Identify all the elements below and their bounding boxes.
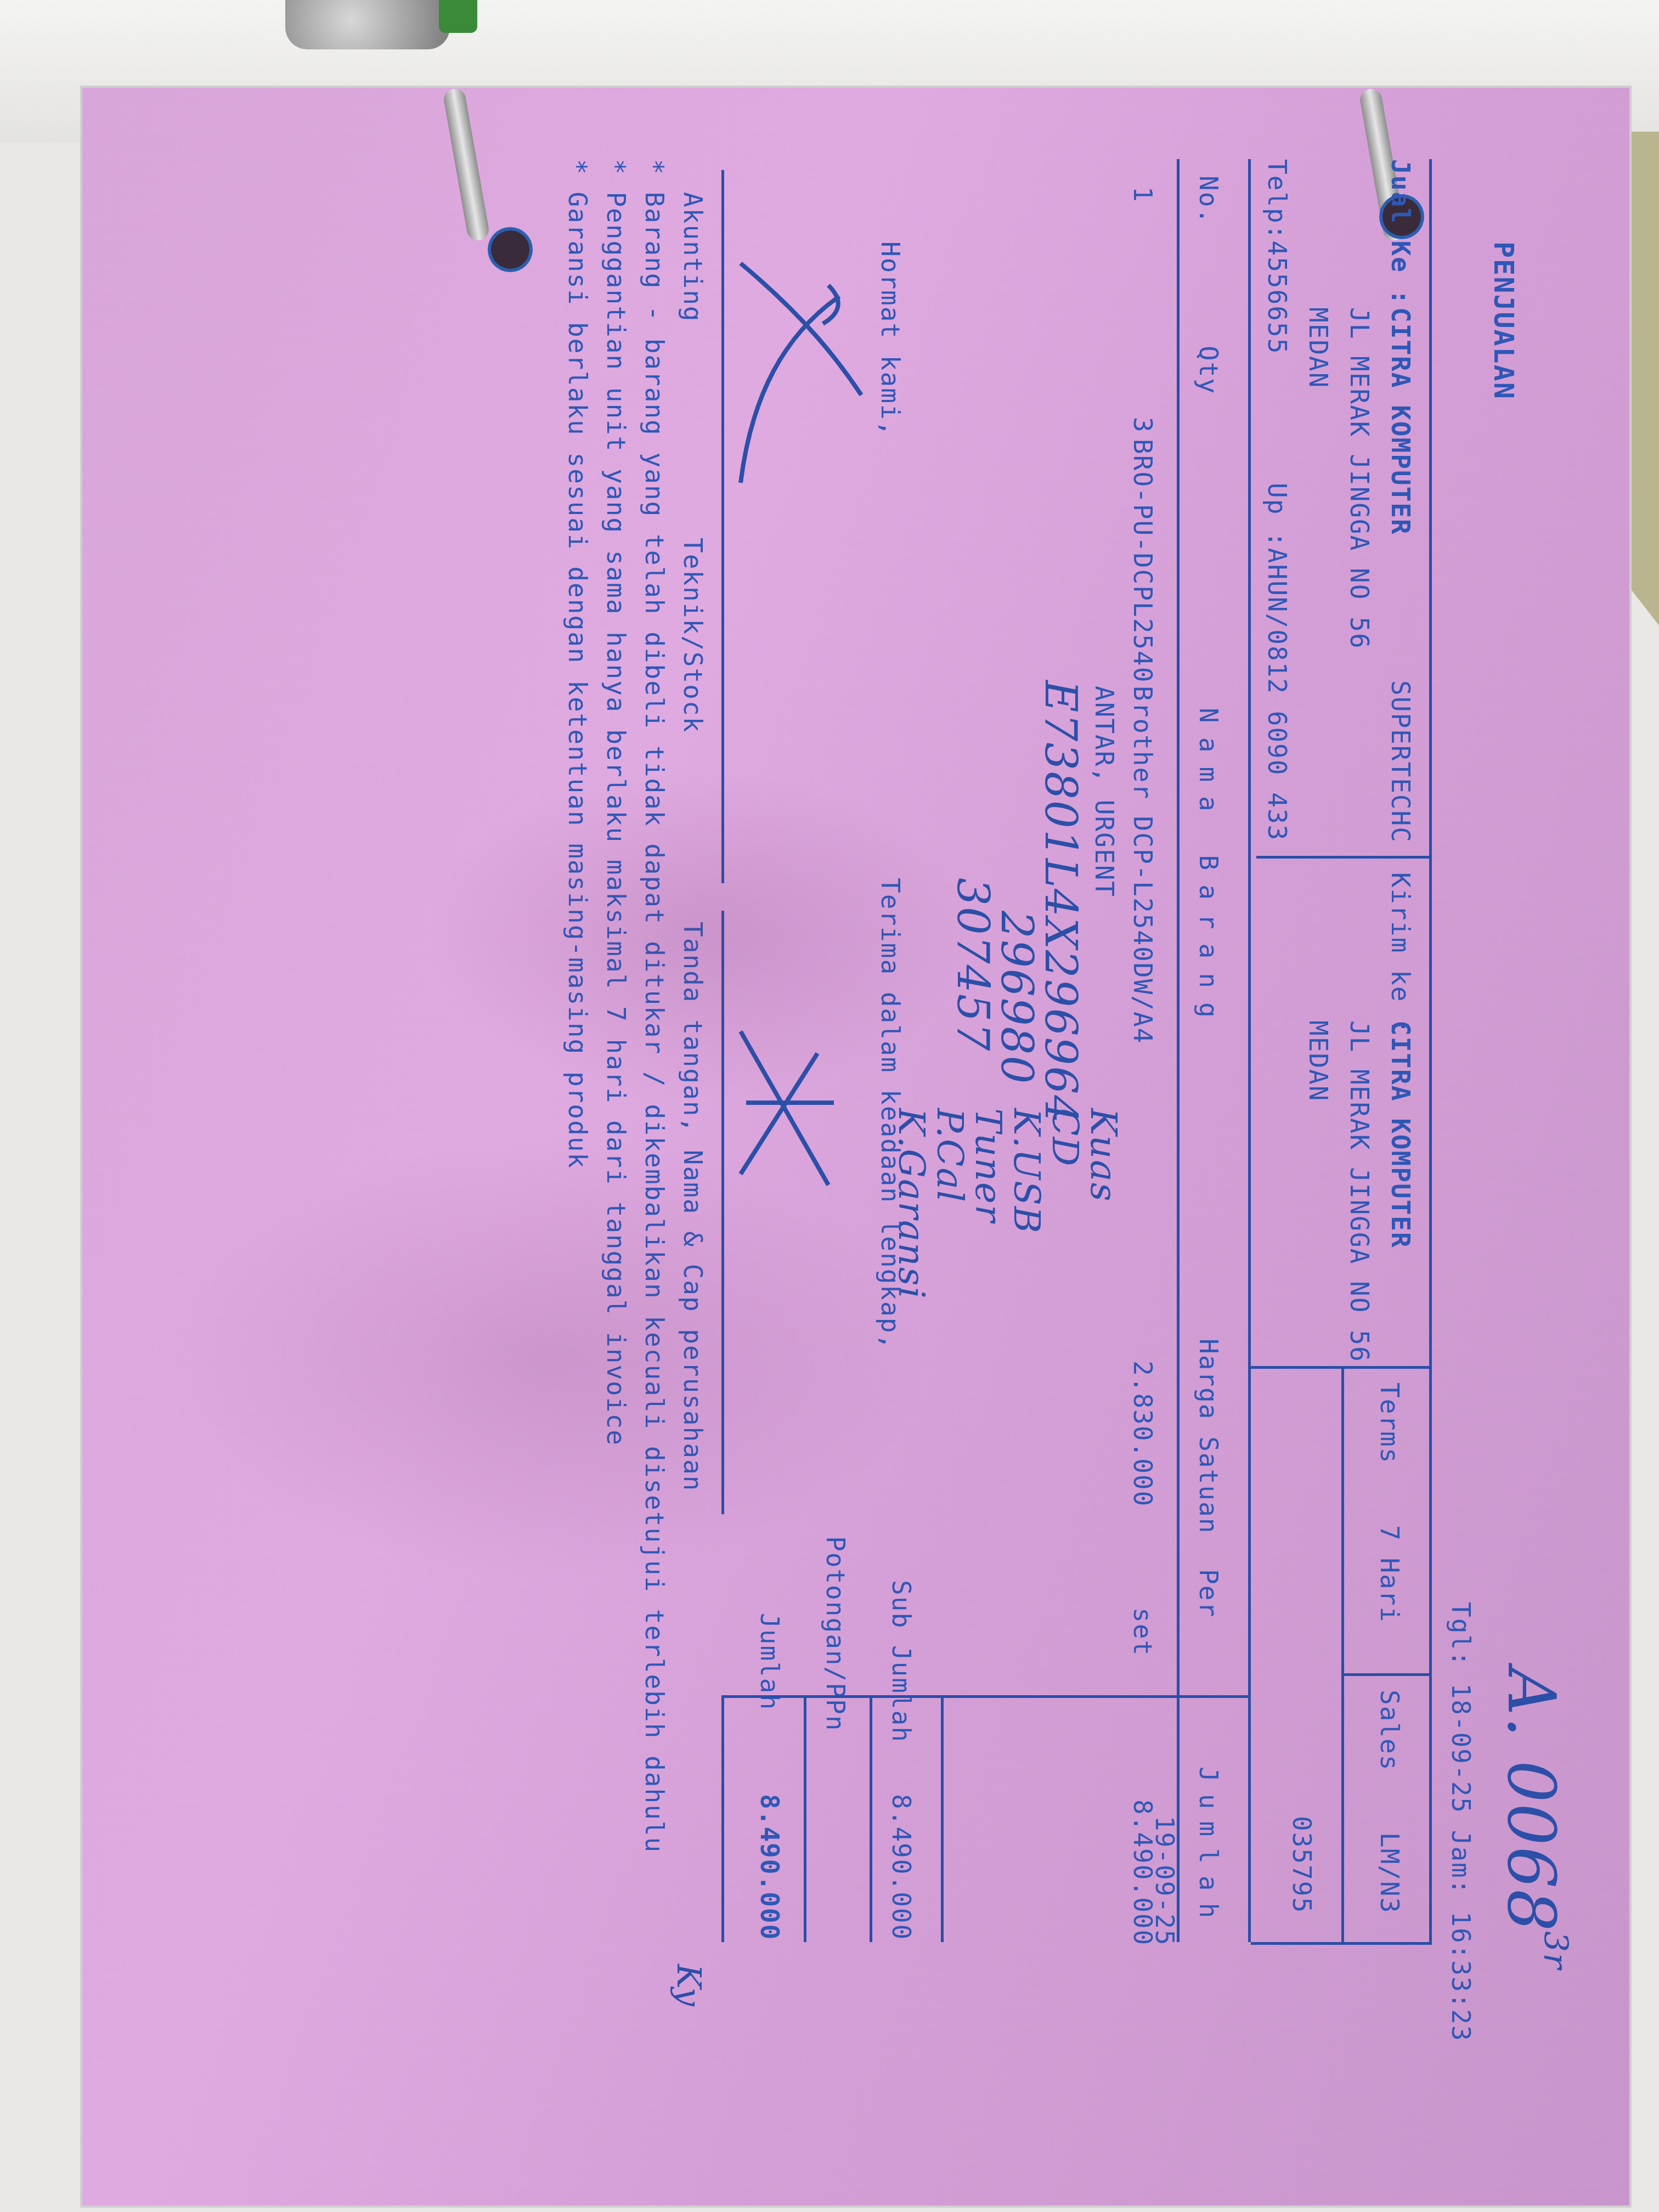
col-header-per: Per [1194,1569,1223,1618]
checklist-item: Kuas [1082,1108,1125,1203]
signature-caption: Tanda tangan, Nama & Cap perusahaan [678,922,708,1492]
subtotal-label: Sub Jumlah [887,1580,916,1743]
row-code: BRO-PU-DCPL2540 [1128,439,1158,683]
totals-bottom [721,1695,724,1942]
totals-left [724,1695,944,1698]
totals-top [941,1695,944,1942]
row-name: Brother DCP-L2540DW/A4 [1128,686,1158,1044]
document-title: PENJUALAN [1488,241,1520,400]
totals-line-2 [804,1695,806,1942]
invoice-sheet: PENJUALAN A. 0068 3r Tgl: 18-09-25 Jam: … [82,88,1629,2205]
seller-phone: Telp:4556655 [1262,159,1292,354]
total-value: 8.490.000 [755,1794,785,1940]
handwritten-serial-3: 307457 [947,878,998,1052]
teknik-label: Teknik/Stock [678,538,708,733]
signature-right-icon [730,1020,850,1240]
seller-name: CITRA KOMPUTER [1386,307,1415,535]
checklist-item: CD [1044,1108,1086,1167]
note-3: * Garansi berlaku sesuai dengan ketentua… [563,159,592,1169]
header-frame-top [1429,159,1432,1366]
col-header-price: Harga Satuan [1194,1339,1223,1534]
ship-to-name: CITRA KOMPUTER [1386,1020,1415,1249]
row-amount: 8.490.000 [1128,1799,1158,1946]
regards-label: Hormat kami, [876,241,905,437]
meta-box-right [1251,1942,1432,1945]
seller-label: Jual Ke : [1386,159,1415,306]
meta-box-split [1344,1673,1432,1676]
date-time: Tgl: 18-09-25 Jam: 16:33:23 [1446,1602,1476,2042]
seller-address: JL MERAK JINGGA NO 56 [1345,307,1374,650]
sales-label: Sales [1375,1690,1404,1771]
note-1: * Barang - barang yang telah dibeli tida… [640,159,669,1853]
handwritten-serial-1: E73801L4X296964 [1035,680,1086,1124]
terms-value: 7 Hari [1375,1525,1404,1623]
handwritten-number-suffix: 3r [1536,1931,1575,1970]
meta-box-mid [1341,1366,1344,1942]
signature-line-left [721,170,724,883]
binder-clip-tab [439,0,477,33]
meta-box-top [1429,1366,1432,1942]
terms-label: Terms [1375,1383,1404,1464]
akunting-label: Akunting [678,192,708,323]
store-name: SUPERTECHC [1386,680,1415,843]
discount-label: Potongan/PPn [821,1536,850,1731]
table-header-bottom [1177,159,1180,1942]
signature-left-icon [730,252,872,527]
received-label: Terima dalam keadaan lengkap, [876,878,905,1350]
sales-value: LM/N3 [1375,1832,1404,1914]
seller-city: MEDAN [1304,307,1333,388]
seller-contact: Up :AHUN/0812 6090 433 [1262,483,1292,841]
corner-initials: Ky [669,1964,708,2007]
note-2: * Penggantian unit yang sama hanya berla… [601,159,631,1446]
invoice-number: 035795 [1287,1816,1317,1914]
checklist-item: K.USB [1006,1108,1048,1234]
ship-to-label: Kirim ke : [1386,872,1415,1035]
ship-to-address: JL MERAK JINGGA NO 56 [1345,1020,1374,1363]
checklist-item: P.Cal [929,1108,971,1203]
col-header-amount: Jumlah [1194,1767,1223,1930]
handwritten-invoice-number: A. 0068 [1493,1668,1569,1932]
col-header-name: Nama Barang [1194,708,1223,1032]
ship-to-city: MEDAN [1304,1020,1333,1102]
totals-line-1 [870,1695,872,1942]
row-qty: 3 [1128,417,1158,433]
row-price: 2.830.000 [1128,1361,1158,1507]
invoice-document: PENJUALAN A. 0068 3r Tgl: 18-09-25 Jam: … [82,88,1564,2118]
row-no: 1 [1128,187,1158,203]
header-divider [1256,856,1432,859]
table-col-jumlah [944,1695,1251,1698]
handwritten-serial-2: 296980 [991,911,1042,1085]
col-header-no: No. [1194,176,1223,224]
signature-line-right [721,911,724,1514]
col-header-qty: Qty [1194,346,1223,394]
table-top [1248,159,1251,1942]
checklist-item: Tuner [967,1108,1009,1223]
row-note: ANTAR, URGENT [1090,686,1119,898]
subtotal-value: 8.490.000 [887,1794,916,1940]
binder-clip [285,0,450,49]
row-per: set [1128,1607,1158,1656]
